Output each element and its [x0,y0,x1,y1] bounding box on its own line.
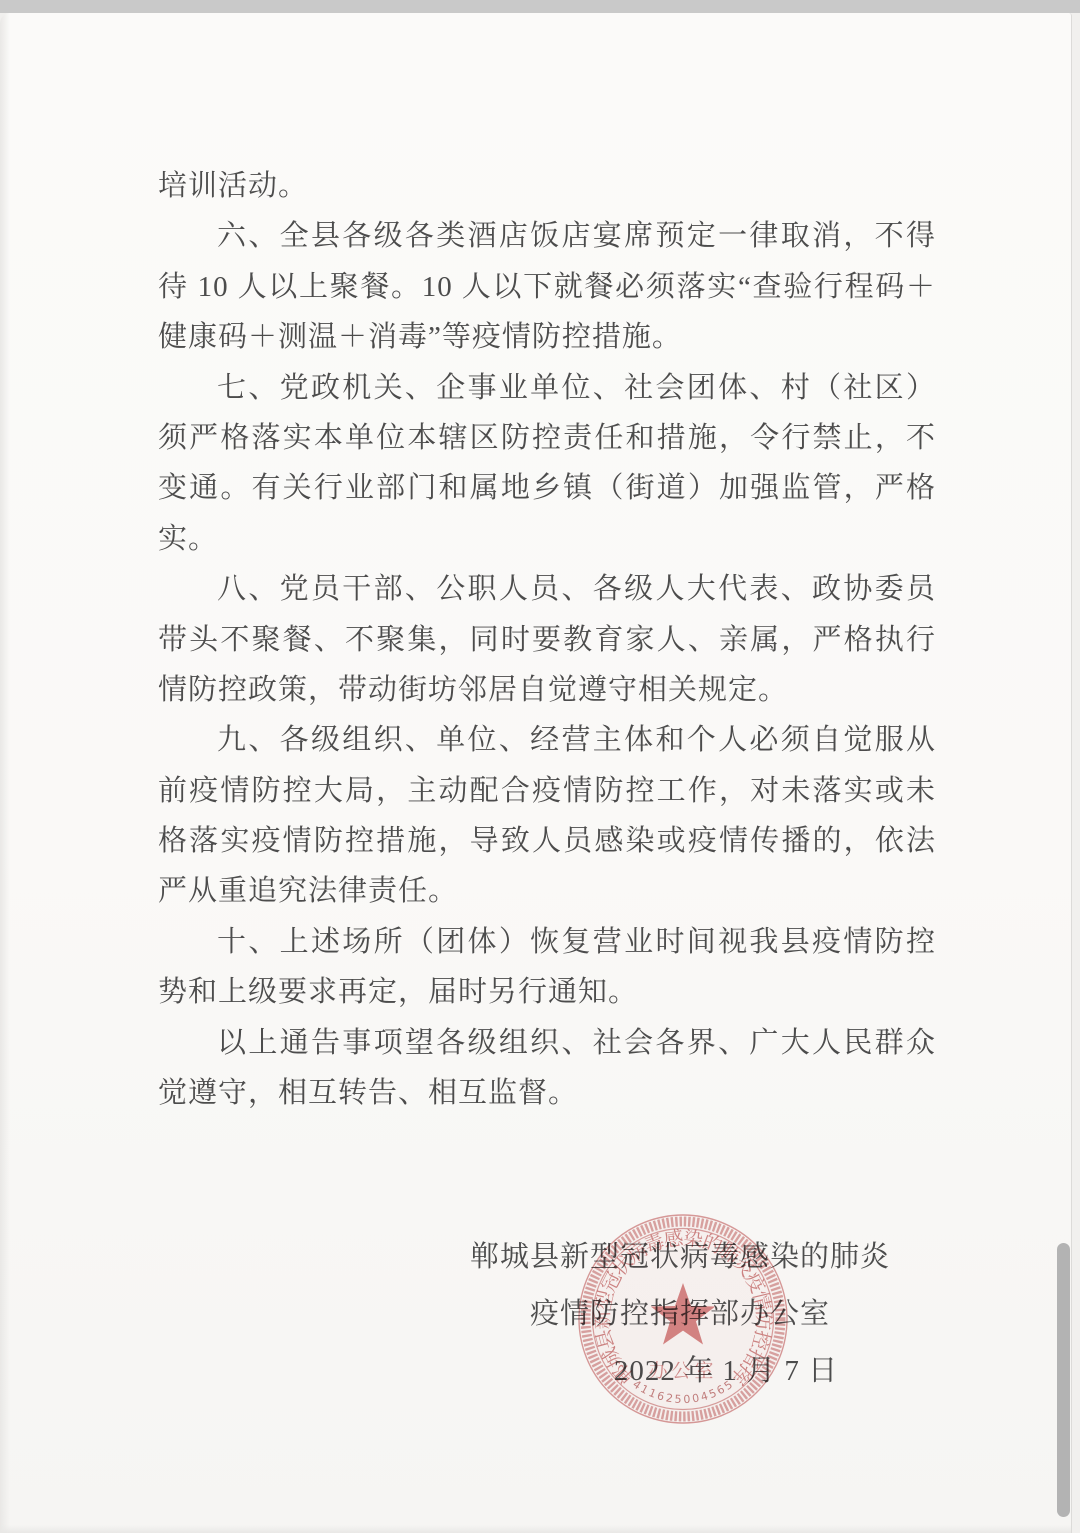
doc-line: 九、各级组织、单位、经营主体和个人必须自觉服从当 [158,715,936,765]
doc-line: 待 10 人以上聚餐。10 人以下就餐必须落实“查验行程码＋ [158,262,936,312]
doc-line: 带头不聚餐、不聚集，同时要教育家人、亲属，严格执行疫 [158,615,936,665]
doc-line: 情防控政策，带动街坊邻居自觉遵守相关规定。 [158,665,936,715]
doc-line: 健康码＋测温＋消毒”等疫情防控措施。 [158,312,936,362]
doc-line: 格落实疫情防控措施，导致人员感染或疫情传播的，依法从 [158,816,936,866]
doc-line: 以上通告事项望各级组织、社会各界、广大人民群众自 [158,1018,936,1068]
document-page: 培训活动。 六、全县各级各类酒店饭店宴席预定一律取消，不得接 待 10 人以上聚… [0,13,1072,1533]
doc-line: 须严格落实本单位本辖区防控责任和措施，令行禁止，不搞 [158,413,936,463]
doc-line: 十、上述场所（团体）恢复营业时间视我县疫情防控形 [158,917,936,967]
scrollbar-thumb[interactable] [1057,1243,1070,1517]
viewer-top-band [0,0,1080,13]
doc-line: 觉遵守，相互转告、相互监督。 [158,1068,936,1118]
doc-line: 实。 [158,514,936,564]
doc-line: 培训活动。 [158,161,936,211]
doc-line: 七、党政机关、企事业单位、社会团体、村（社区）必 [158,363,936,413]
doc-line: 八、党员干部、公职人员、各级人大代表、政协委员要 [158,564,936,614]
doc-line: 严从重追究法律责任。 [158,866,936,916]
document-body-text: 培训活动。 六、全县各级各类酒店饭店宴席预定一律取消，不得接 待 10 人以上聚… [158,161,936,1118]
doc-line: 六、全县各级各类酒店饭店宴席预定一律取消，不得接 [158,211,936,261]
doc-line: 变通。有关行业部门和属地乡镇（街道）加强监管，严格落 [158,463,936,513]
seal-office-text: 办公室 [648,1360,717,1382]
official-seal-stamp: 郸城县新型冠状病毒感染的肺炎疫情防控指挥部 办公室 4116250045652 [577,1213,789,1425]
doc-line: 前疫情防控大局，主动配合疫情防控工作，对未落实或未严 [158,766,936,816]
doc-line: 势和上级要求再定，届时另行通知。 [158,967,936,1017]
